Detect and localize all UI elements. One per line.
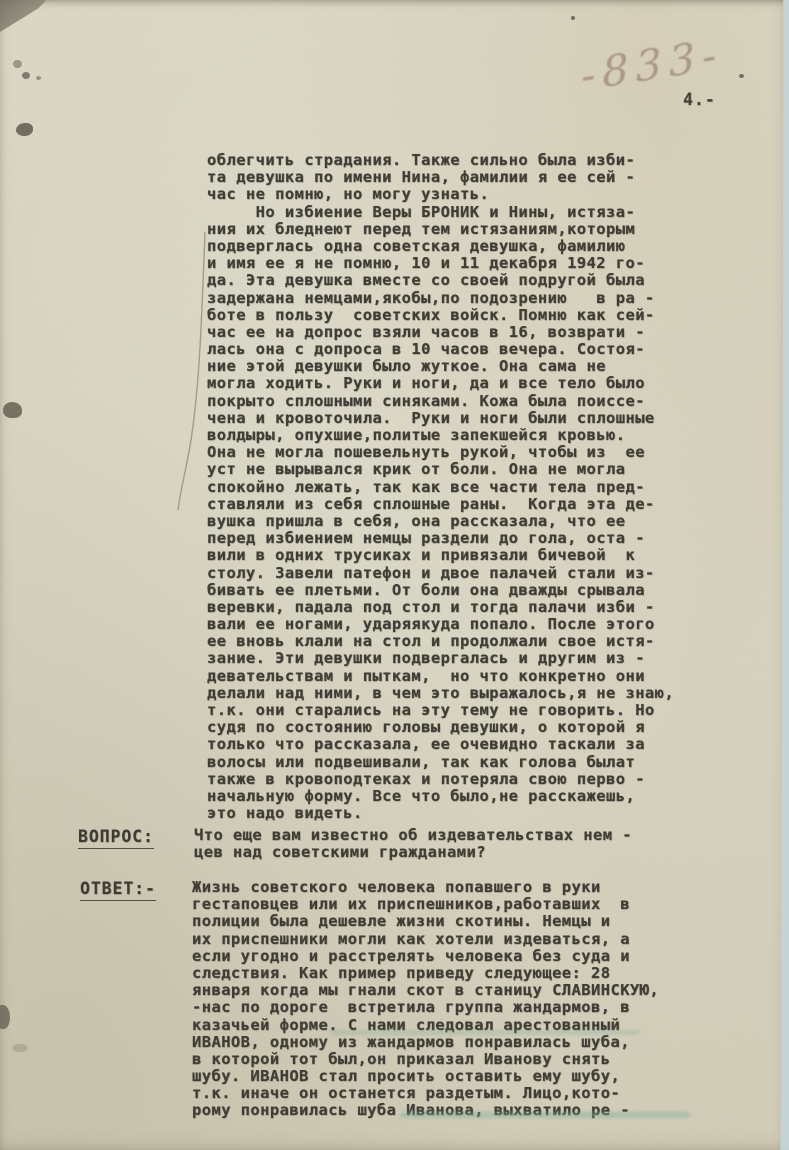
text-line: судя по состоянию головы девушки, о кото… [207, 719, 674, 736]
text-line: ставляли из себя сплошные раны. Когда эт… [207, 496, 674, 513]
text-line: вали ее ногами, ударяякуда попало. После… [207, 616, 674, 633]
stain [3, 402, 22, 418]
scanner-background-edge [777, 0, 789, 1150]
text-line: Жизнь советского человека попавшего в ру… [192, 879, 659, 896]
text-line: Но избиение Веры БРОНИК и Нины, истяза- [207, 204, 674, 221]
text-line: делали над ними, в чем это выражалось,я … [207, 685, 674, 702]
text-line: вушка пришла в себя, она рассказала, что… [207, 513, 674, 530]
text-line: и имя ее я не помню, 10 и 11 декабря 194… [207, 255, 674, 272]
text-line: веревки, падала под стол и тогда палачи … [207, 599, 674, 616]
text-line: ИВАНОВ, одному из жандармов понравилась … [192, 1034, 659, 1051]
stain [22, 72, 30, 79]
text-line: если угодно и расстрелять человека без с… [192, 948, 659, 965]
stain [36, 76, 41, 80]
stain [16, 123, 33, 136]
text-line: зание. Эти девушки подвергалась и другим… [207, 650, 674, 667]
text-line: уст не вырывался крик от боли. Она не мо… [207, 461, 674, 478]
text-line: лась она с допроса в 10 часов вечера. Со… [207, 341, 674, 358]
text-line: подверглась одна советская девушка, фами… [207, 238, 674, 255]
text-line: т.к. иначе он останется раздетым. Лицо,к… [192, 1085, 659, 1102]
text-line: бивать ее плетьми. От боли она дважды ср… [207, 582, 674, 599]
document-page: -833- 4.- облегчить страдания. Также сил… [0, 0, 789, 1150]
text-line: та девушка по имени Нина, фамилии я ее с… [207, 169, 674, 186]
text-line: Что еще вам известно об издевательствах … [194, 827, 632, 844]
text-line: час ее на допрос взяли часов в 16, возвр… [207, 324, 674, 341]
text-line: их приспешники могли как хотели издевать… [192, 931, 659, 948]
handwritten-page-ref: -833- [580, 20, 780, 100]
text-line: полиции была дешевле жизни скотины. Немц… [192, 913, 659, 930]
text-line: начальную форму. Все что было,не расскаж… [207, 788, 674, 805]
text-line: ние этой девушки было жуткое. Она сама н… [207, 358, 674, 375]
text-line: -нас по дороге встретила группа жандармо… [192, 999, 659, 1016]
highlight-smear [400, 1112, 690, 1118]
text-line: спокойно лежать, так как все части тела … [207, 479, 674, 496]
stain [0, 1005, 10, 1029]
text-block: Что еще вам известно об издевательствах … [194, 827, 632, 861]
text-block: Жизнь советского человека попавшего в ру… [192, 879, 659, 1120]
text-line: облегчить страдания. Также сильно была и… [207, 152, 674, 169]
text-line: чена и кровоточила. Руки и ноги были спл… [207, 410, 674, 427]
text-line: вили в одних трусиках и привязали бичево… [207, 547, 674, 564]
answer-label: ОТВЕТ:- [80, 879, 156, 901]
stain [12, 1044, 28, 1052]
stain [13, 60, 22, 68]
stain [571, 16, 575, 20]
text-block: облегчить страдания. Также сильно была и… [207, 152, 674, 822]
text-line: ния их бледнеют перед тем истязаниям,кот… [207, 221, 674, 238]
text-line: могла ходить. Руки и ноги, да и все тело… [207, 375, 674, 392]
text-line: задержана немцами,якобы,по подозрению в … [207, 290, 674, 307]
page-number: 4.- [683, 90, 716, 109]
folded-corner [0, 0, 52, 32]
text-line: января когда мы гнали скот в станицу СЛА… [192, 982, 659, 999]
text-line: гестаповцев или их приспешников,работавш… [192, 896, 659, 913]
text-line: в которой тот был,он приказал Иванову сн… [192, 1051, 659, 1068]
highlight-smear [330, 1030, 640, 1035]
text-line: только что рассказала, ее очевидно таска… [207, 736, 674, 753]
text-line: т.к. они старались на эту тему не говори… [207, 702, 674, 719]
text-line: да. Эта девушка вместе со своей подругой… [207, 272, 674, 289]
text-line: ее вновь клали на стол и продолжали свое… [207, 633, 674, 650]
text-line: столу. Завели патефон и двое палачей ста… [207, 565, 674, 582]
text-line: Она не могла пошевельнуть рукой, чтобы и… [207, 444, 674, 461]
text-line: перед избиением немцы раздели до гола, о… [207, 530, 674, 547]
text-line: это надо видеть. [207, 805, 674, 822]
text-line: также в кровоподтеках и потеряла свою пе… [207, 771, 674, 788]
text-line: цев над советскими гражданами? [194, 844, 632, 861]
text-line: шубу. ИВАНОВ стал просить оставить ему ш… [192, 1068, 659, 1085]
text-line: девательствам и пыткам, но что конкретно… [207, 668, 674, 685]
text-line: волдыры, опухшие,политые запекшейся кров… [207, 427, 674, 444]
question-label: ВОПРОС: [78, 827, 154, 849]
text-line: волосы или подвешивали, так как голова б… [207, 754, 674, 771]
text-line: покрыто сплошными синяками. Кожа была по… [207, 393, 674, 410]
text-line: следствия. Как пример приведу следующее:… [192, 965, 659, 982]
text-line: час не помню, но могу узнать. [207, 186, 674, 203]
text-line: боте в пользу советских войск. Помню как… [207, 307, 674, 324]
